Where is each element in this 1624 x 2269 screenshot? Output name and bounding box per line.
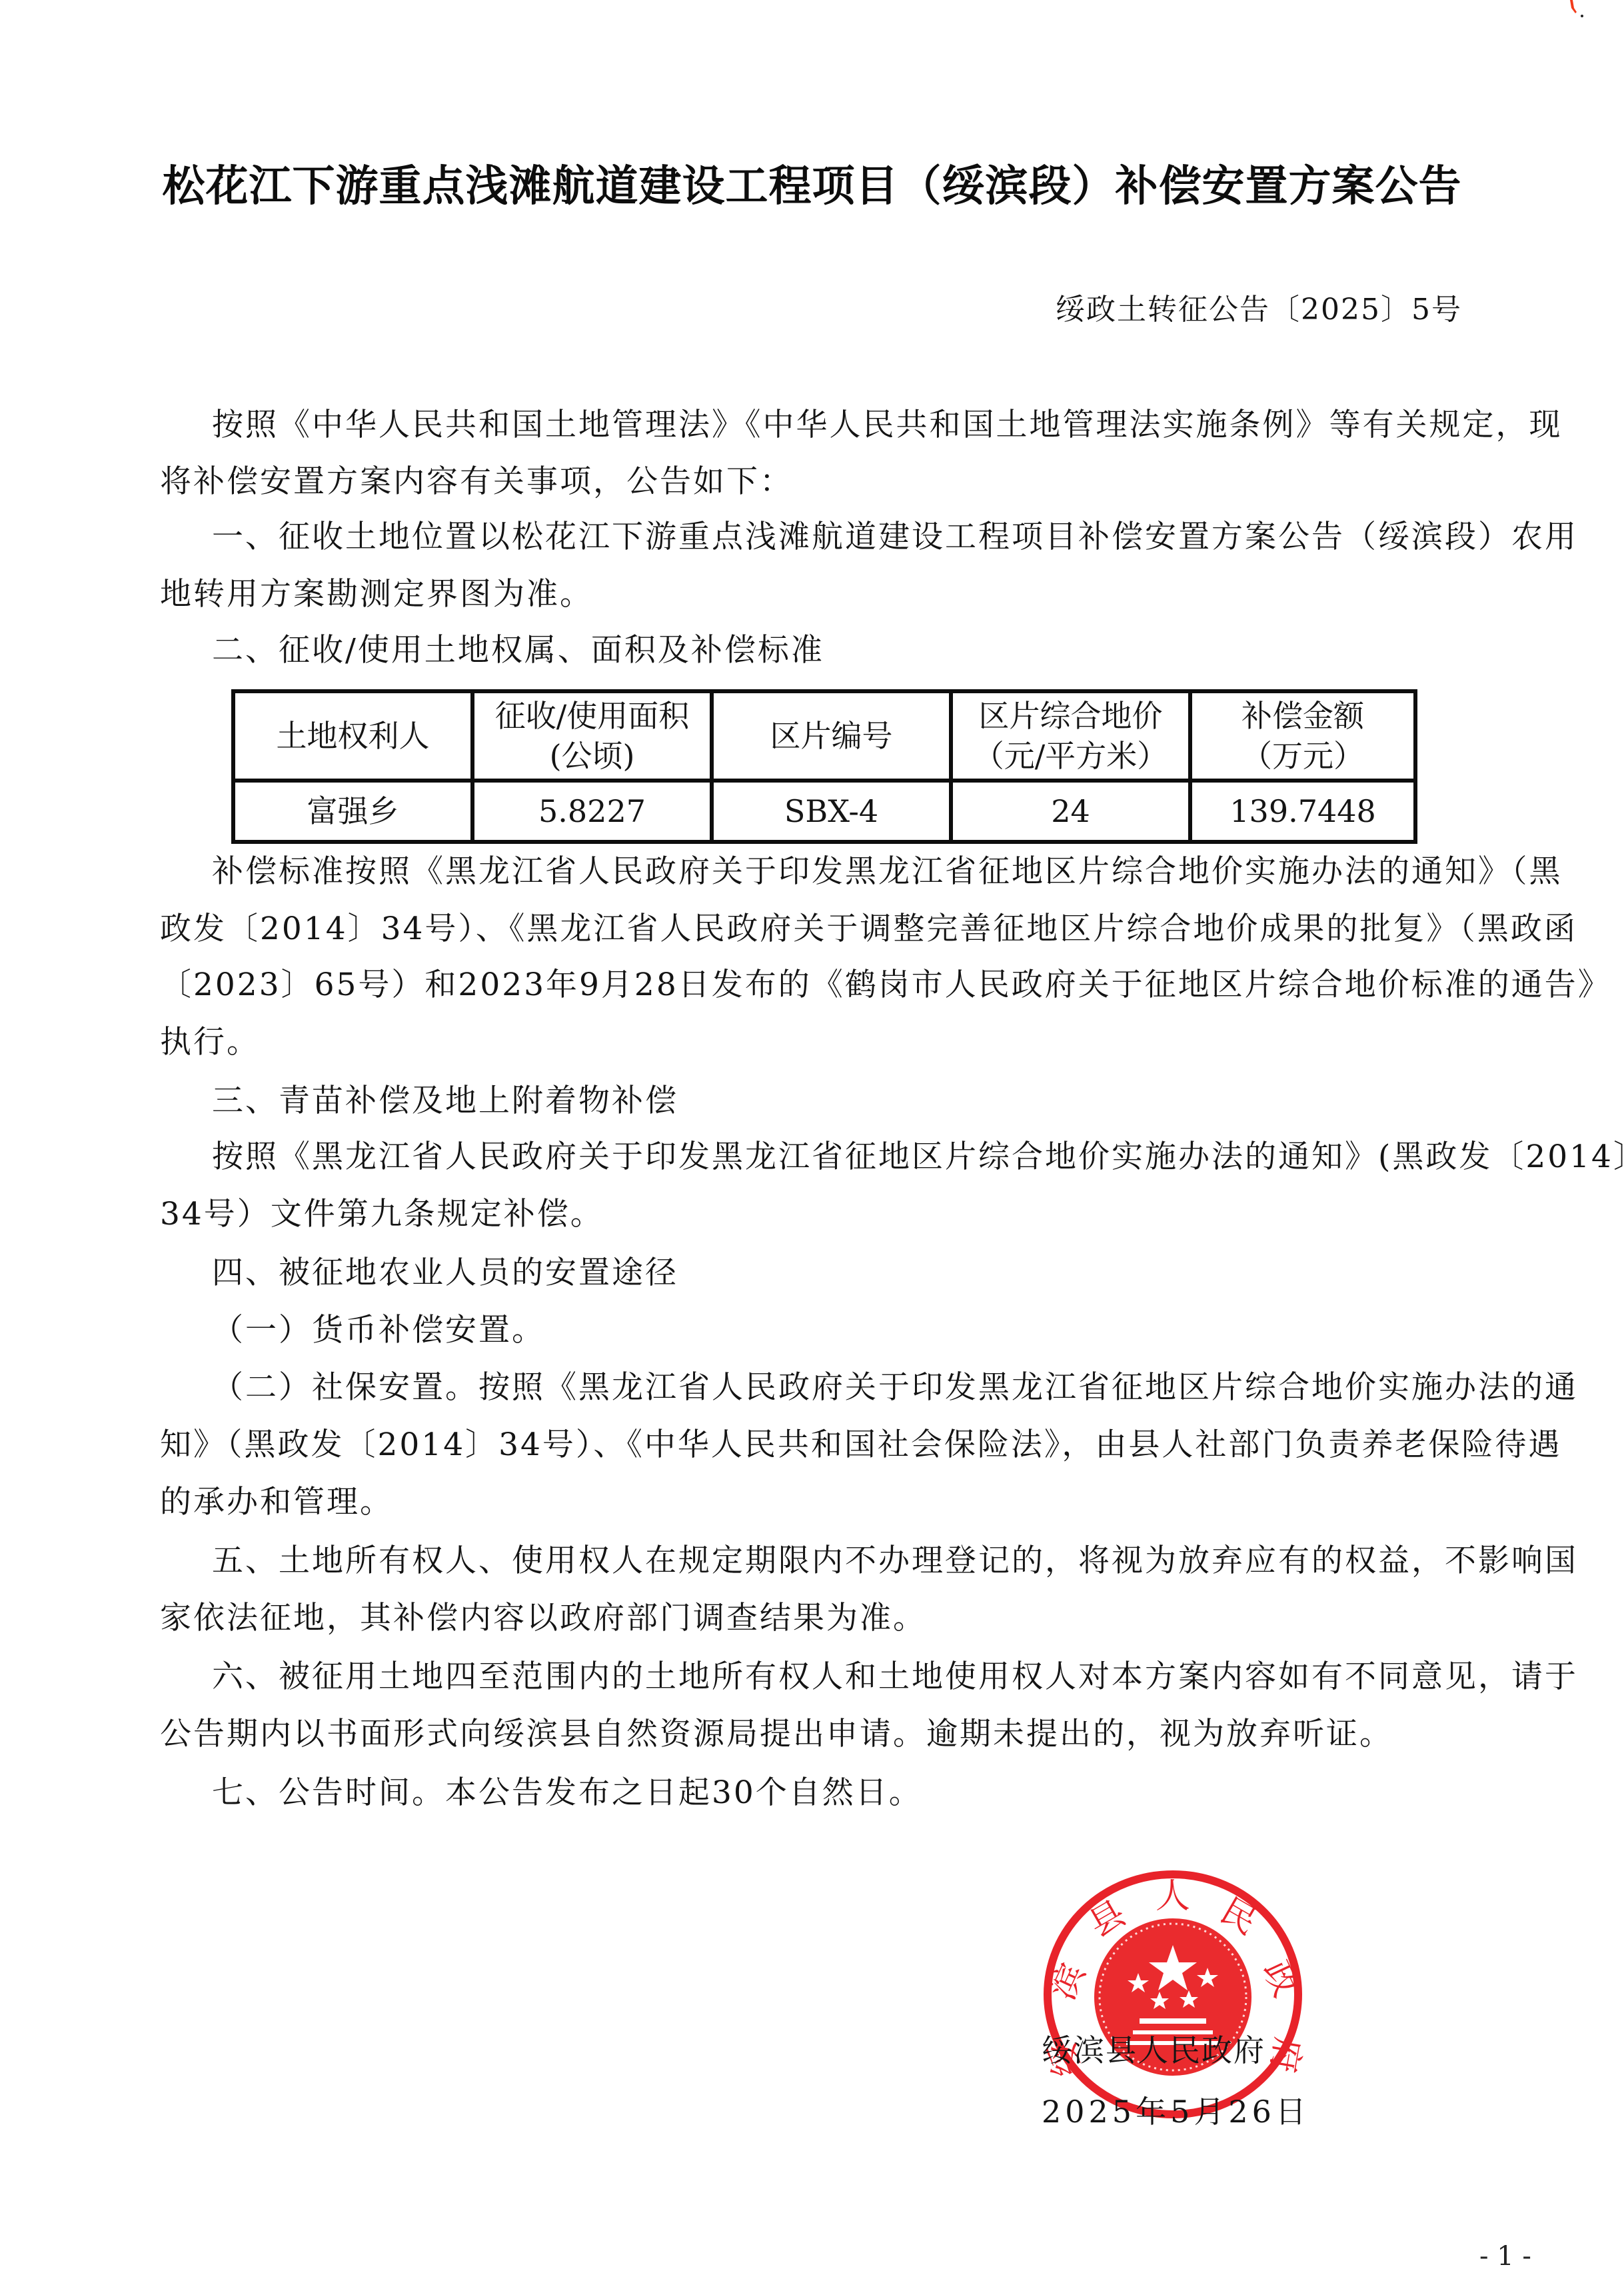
table-row: 富强乡 5.8227 SBX-4 24 139.7448 bbox=[233, 781, 1415, 842]
svg-text:人: 人 bbox=[1156, 1876, 1190, 1916]
intro-paragraph-line: 按照《中华人民共和国土地管理法》《中华人民共和国土地管理法实施条例》等有关规定，… bbox=[212, 405, 1463, 445]
svg-text:府: 府 bbox=[1263, 2034, 1306, 2076]
section-3-line: 34号）文件第九条规定补偿。 bbox=[160, 1194, 1463, 1234]
section-4-item-1: （一）货币补偿安置。 bbox=[212, 1310, 1463, 1350]
header-area: 征收/使用面积 (公顷) bbox=[472, 691, 712, 781]
header-land-owner: 土地权利人 bbox=[233, 691, 472, 781]
section-4-item-2-line: （二）社保安置。按照《黑龙江省人民政府关于印发黑龙江省征地区片综合地价实施办法的… bbox=[212, 1368, 1463, 1408]
section-1-line: 地转用方案勘测定界图为准。 bbox=[160, 575, 1463, 615]
section-6-line: 公告期内以书面形式向绥滨县自然资源局提出申请。逾期未提出的，视为放弃听证。 bbox=[160, 1714, 1463, 1754]
cell-compensation: 139.7448 bbox=[1190, 781, 1415, 842]
section-3-line: 按照《黑龙江省人民政府关于印发黑龙江省征地区片综合地价实施办法的通知》(黑政发〔… bbox=[212, 1137, 1463, 1177]
section-2-heading: 二、征收/使用土地权属、面积及补偿标准 bbox=[212, 631, 1463, 671]
section-4-item-2-line: 知》（黑政发〔2014〕34号）、《中华人民共和国社会保险法》，由县人社部门负责… bbox=[160, 1425, 1463, 1465]
intro-paragraph-line: 将补偿安置方案内容有关事项，公告如下： bbox=[160, 462, 1463, 502]
cell-land-price: 24 bbox=[951, 781, 1190, 842]
section-4-item-2-line: 的承办和管理。 bbox=[160, 1482, 1463, 1522]
section-7-line: 七、公告时间。本公告发布之日起30个自然日。 bbox=[212, 1773, 1463, 1813]
section-5-line: 家依法征地，其补偿内容以政府部门调查结果为准。 bbox=[160, 1598, 1463, 1638]
document-title: 松花江下游重点浅滩航道建设工程项目（绥滨段）补偿安置方案公告 bbox=[0, 152, 1624, 213]
section-4-heading: 四、被征地农业人员的安置途径 bbox=[212, 1253, 1463, 1293]
official-seal-icon: 人 民 政 府 县 滨 绥 bbox=[1040, 1866, 1306, 2122]
header-compensation: 补偿金额 （万元） bbox=[1190, 691, 1415, 781]
compensation-standard-line: 〔2023〕65号）和2023年9月28日发布的《鹤岗市人民政府关于征地区片综合… bbox=[160, 965, 1463, 1005]
section-6-line: 六、被征用土地四至范围内的土地所有权人和土地使用权人对本方案内容如有不同意见，请… bbox=[212, 1657, 1463, 1697]
cell-area: 5.8227 bbox=[472, 781, 712, 842]
cell-zone-code: SBX-4 bbox=[712, 781, 951, 842]
document-number: 绥政土转征公告〔2025〕5号 bbox=[1056, 285, 1462, 328]
scan-mark-icon bbox=[1567, 0, 1587, 19]
compensation-standard-line: 政发〔2014〕34号）、《黑龙江省人民政府关于调整完善征地区片综合地价成果的批… bbox=[160, 909, 1463, 949]
page-number: - 1 - bbox=[1479, 2241, 1531, 2269]
section-5-line: 五、土地所有权人、使用权人在规定期限内不办理登记的，将视为放弃应有的权益，不影响… bbox=[212, 1541, 1463, 1581]
section-3-heading: 三、青苗补偿及地上附着物补偿 bbox=[212, 1081, 1463, 1121]
signing-organization: 绥滨县人民政府 bbox=[1042, 2026, 1265, 2070]
signing-date: 2025年5月26日 bbox=[1042, 2088, 1310, 2132]
land-compensation-table: 土地权利人 征收/使用面积 (公顷) 区片编号 区片综合地价 （元/平方米） 补… bbox=[231, 689, 1417, 844]
compensation-standard-line: 执行。 bbox=[160, 1023, 1463, 1063]
section-1-line: 一、征收土地位置以松花江下游重点浅滩航道建设工程项目补偿安置方案公告（绥滨段）农… bbox=[212, 517, 1463, 557]
header-land-price: 区片综合地价 （元/平方米） bbox=[951, 691, 1190, 781]
header-zone-code: 区片编号 bbox=[712, 691, 951, 781]
cell-owner: 富强乡 bbox=[233, 781, 472, 842]
svg-text:民: 民 bbox=[1214, 1890, 1263, 1942]
compensation-standard-line: 补偿标准按照《黑龙江省人民政府关于印发黑龙江省征地区片综合地价实施办法的通知》（… bbox=[212, 852, 1463, 892]
table-header-row: 土地权利人 征收/使用面积 (公顷) 区片编号 区片综合地价 （元/平方米） 补… bbox=[233, 691, 1415, 781]
